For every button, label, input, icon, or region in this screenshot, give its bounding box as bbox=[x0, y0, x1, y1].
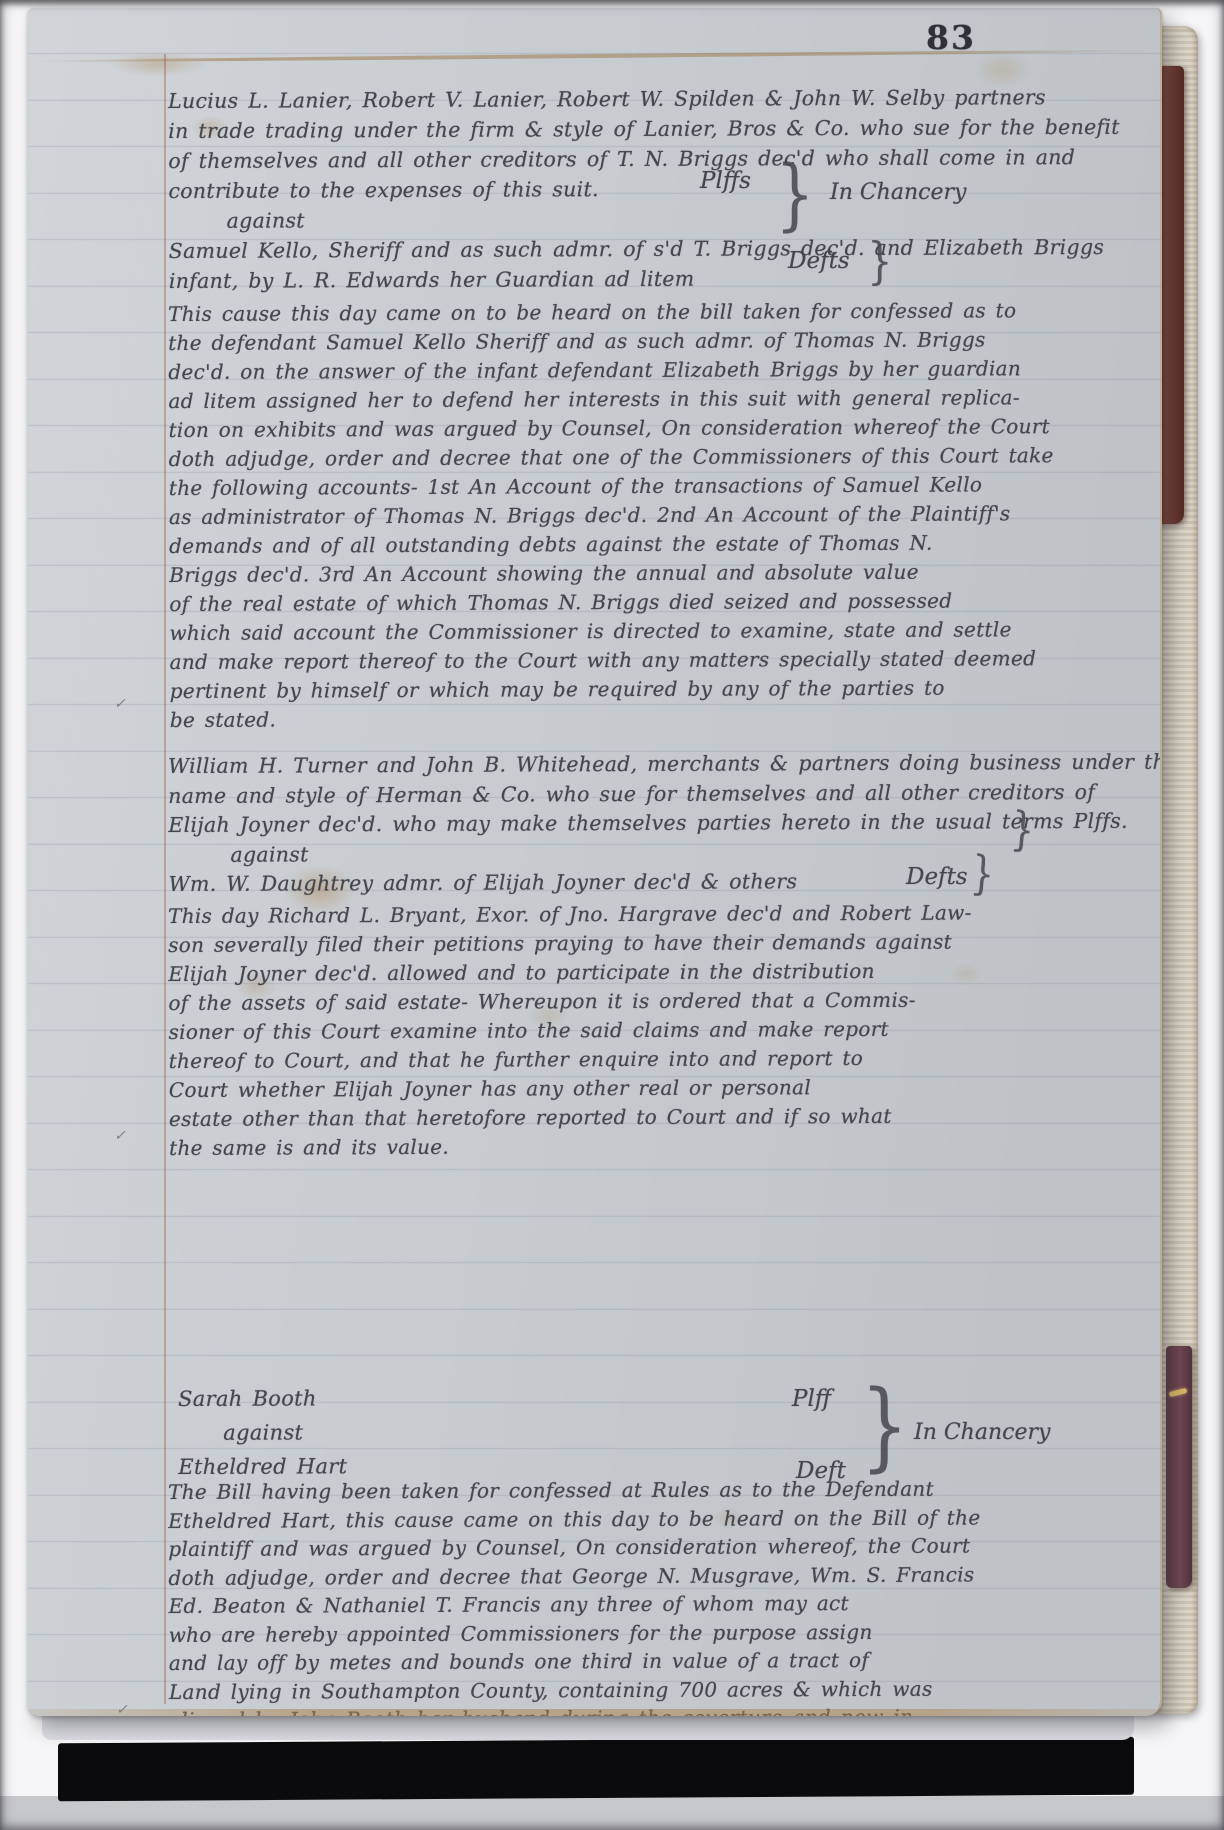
manuscript-line: ad litem assigned her to defend her inte… bbox=[168, 383, 1162, 416]
entry1-plaintiffs-label: Plffs bbox=[700, 168, 751, 194]
manuscript-line: the defendant Samuel Kello Sheriff and a… bbox=[168, 325, 1162, 358]
manuscript-line: thereof to Court, and that he further en… bbox=[169, 1043, 1162, 1076]
book-shadow-below-page bbox=[58, 1737, 1134, 1802]
manuscript-line: dec'd. on the answer of the infant defen… bbox=[168, 354, 1162, 387]
brace-glyph: } bbox=[969, 849, 995, 898]
manuscript-line: and lay off by metes and bounds one thir… bbox=[169, 1645, 1162, 1678]
manuscript-line: William H. Turner and John B. Whitehead,… bbox=[168, 748, 1162, 782]
manuscript-line: estate other than that heretofore report… bbox=[169, 1101, 1162, 1134]
manuscript-line: who are hereby appointed Commissioners f… bbox=[169, 1616, 1162, 1649]
manuscript-line: against bbox=[227, 202, 1162, 236]
manuscript-line: Samuel Kello, Sheriff and as such admr. … bbox=[169, 232, 1162, 266]
manuscript-line: This day Richard L. Bryant, Exor. of Jno… bbox=[168, 898, 1162, 931]
page-number: 83 bbox=[926, 18, 1026, 57]
entry2-defendants-label: Defts bbox=[906, 864, 968, 890]
manuscript-line: doth adjudge, order and decree that Geor… bbox=[168, 1559, 1162, 1592]
manuscript-line: which said account the Commissioner is d… bbox=[169, 615, 1162, 648]
entry3-plaintiff-label: Plff bbox=[792, 1386, 831, 1412]
manuscript-line: the following accounts- 1st An Account o… bbox=[169, 470, 1162, 503]
entry3-decree-body: The Bill having been taken for confessed… bbox=[168, 1474, 1162, 1716]
manuscript-line: of the real estate of which Thomas N. Br… bbox=[169, 586, 1162, 619]
manuscript-line: infant, by L. R. Edwards her Guardian ad… bbox=[169, 262, 1162, 296]
binding-leather-bottom bbox=[1166, 1346, 1192, 1588]
manuscript-line: This cause this day came on to be heard … bbox=[168, 296, 1162, 329]
entry1-caption: Lucius L. Lanier, Robert V. Lanier, Robe… bbox=[168, 82, 1162, 296]
manuscript-line: as administrator of Thomas N. Briggs dec… bbox=[169, 499, 1162, 532]
entry1-in-chancery-label: In Chancery bbox=[830, 180, 966, 205]
manuscript-line: sioner of this Court examine into the sa… bbox=[169, 1014, 1162, 1047]
manuscript-line: demands and of all outstanding debts aga… bbox=[169, 528, 1162, 561]
margin-check-mark: ✓ bbox=[114, 1128, 126, 1144]
entry3-in-chancery-label: In Chancery bbox=[914, 1420, 1050, 1445]
manuscript-line: in trade trading under the firm & style … bbox=[168, 112, 1162, 146]
manuscript-line: Sarah Booth bbox=[178, 1379, 798, 1416]
brace-glyph: } bbox=[867, 236, 892, 286]
manuscript-line: The Bill having been taken for confessed… bbox=[168, 1474, 1162, 1507]
margin-rule-line bbox=[164, 54, 166, 1704]
manuscript-line: plaintiff and was argued by Counsel, On … bbox=[168, 1531, 1162, 1564]
brace-glyph: } bbox=[1009, 805, 1035, 854]
entry2-order-body: This day Richard L. Bryant, Exor. of Jno… bbox=[168, 898, 1162, 1163]
manuscript-line: doth adjudge, order and decree that one … bbox=[169, 441, 1162, 474]
manuscript-line: Briggs dec'd. 3rd An Account showing the… bbox=[169, 557, 1162, 590]
manuscript-line: son severally filed their petitions pray… bbox=[168, 927, 1162, 960]
manuscript-line: of the assets of said estate- Whereupon … bbox=[168, 985, 1162, 1018]
brace-glyph: } bbox=[861, 1378, 909, 1474]
entry3-caption: Sarah BoothagainstEtheldred Hart bbox=[178, 1379, 798, 1484]
manuscript-line: and make report thereof to the Court wit… bbox=[170, 644, 1162, 677]
manuscript-line: pertinent by himself or which may be req… bbox=[170, 673, 1162, 706]
manuscript-line: of themselves and all other creditors of… bbox=[168, 142, 1162, 176]
manuscript-line: Wm. W. Daughtrey admr. of Elijah Joyner … bbox=[169, 866, 1162, 900]
margin-check-mark: ✓ bbox=[114, 696, 126, 712]
manuscript-line: contribute to the expenses of this suit. bbox=[168, 172, 1162, 206]
manuscript-line: Land lying in Southampton County, contai… bbox=[169, 1673, 1162, 1706]
brace-glyph: } bbox=[775, 156, 814, 234]
entry1-decree-body: This cause this day came on to be heard … bbox=[168, 296, 1162, 735]
manuscript-line: Ed. Beaton & Nathaniel T. Francis any th… bbox=[168, 1588, 1162, 1621]
manuscript-page: 83 Lucius L. Lanier, Robert V. Lanier, R… bbox=[28, 8, 1162, 1716]
margin-check-mark: ✓ bbox=[116, 1702, 128, 1716]
manuscript-line: Elijah Joyner dec'd. allowed and to part… bbox=[168, 956, 1162, 989]
manuscript-line: Etheldred Hart, this cause came on this … bbox=[168, 1502, 1162, 1535]
manuscript-line: Court whether Elijah Joyner has any othe… bbox=[169, 1072, 1162, 1105]
scan-floor-strip bbox=[0, 1796, 1224, 1830]
entry3-defendant-label: Deft bbox=[796, 1458, 846, 1484]
entry1-defendants-label: Defts bbox=[788, 248, 850, 274]
manuscript-line: Lucius L. Lanier, Robert V. Lanier, Robe… bbox=[168, 82, 1162, 116]
manuscript-line: the same is and its value. bbox=[169, 1130, 1162, 1163]
manuscript-line: be stated. bbox=[170, 702, 1162, 735]
manuscript-line: against bbox=[223, 1413, 798, 1450]
manuscript-line: tion on exhibits and was argued by Couns… bbox=[169, 412, 1162, 445]
scanned-book-page: 83 Lucius L. Lanier, Robert V. Lanier, R… bbox=[0, 0, 1224, 1830]
